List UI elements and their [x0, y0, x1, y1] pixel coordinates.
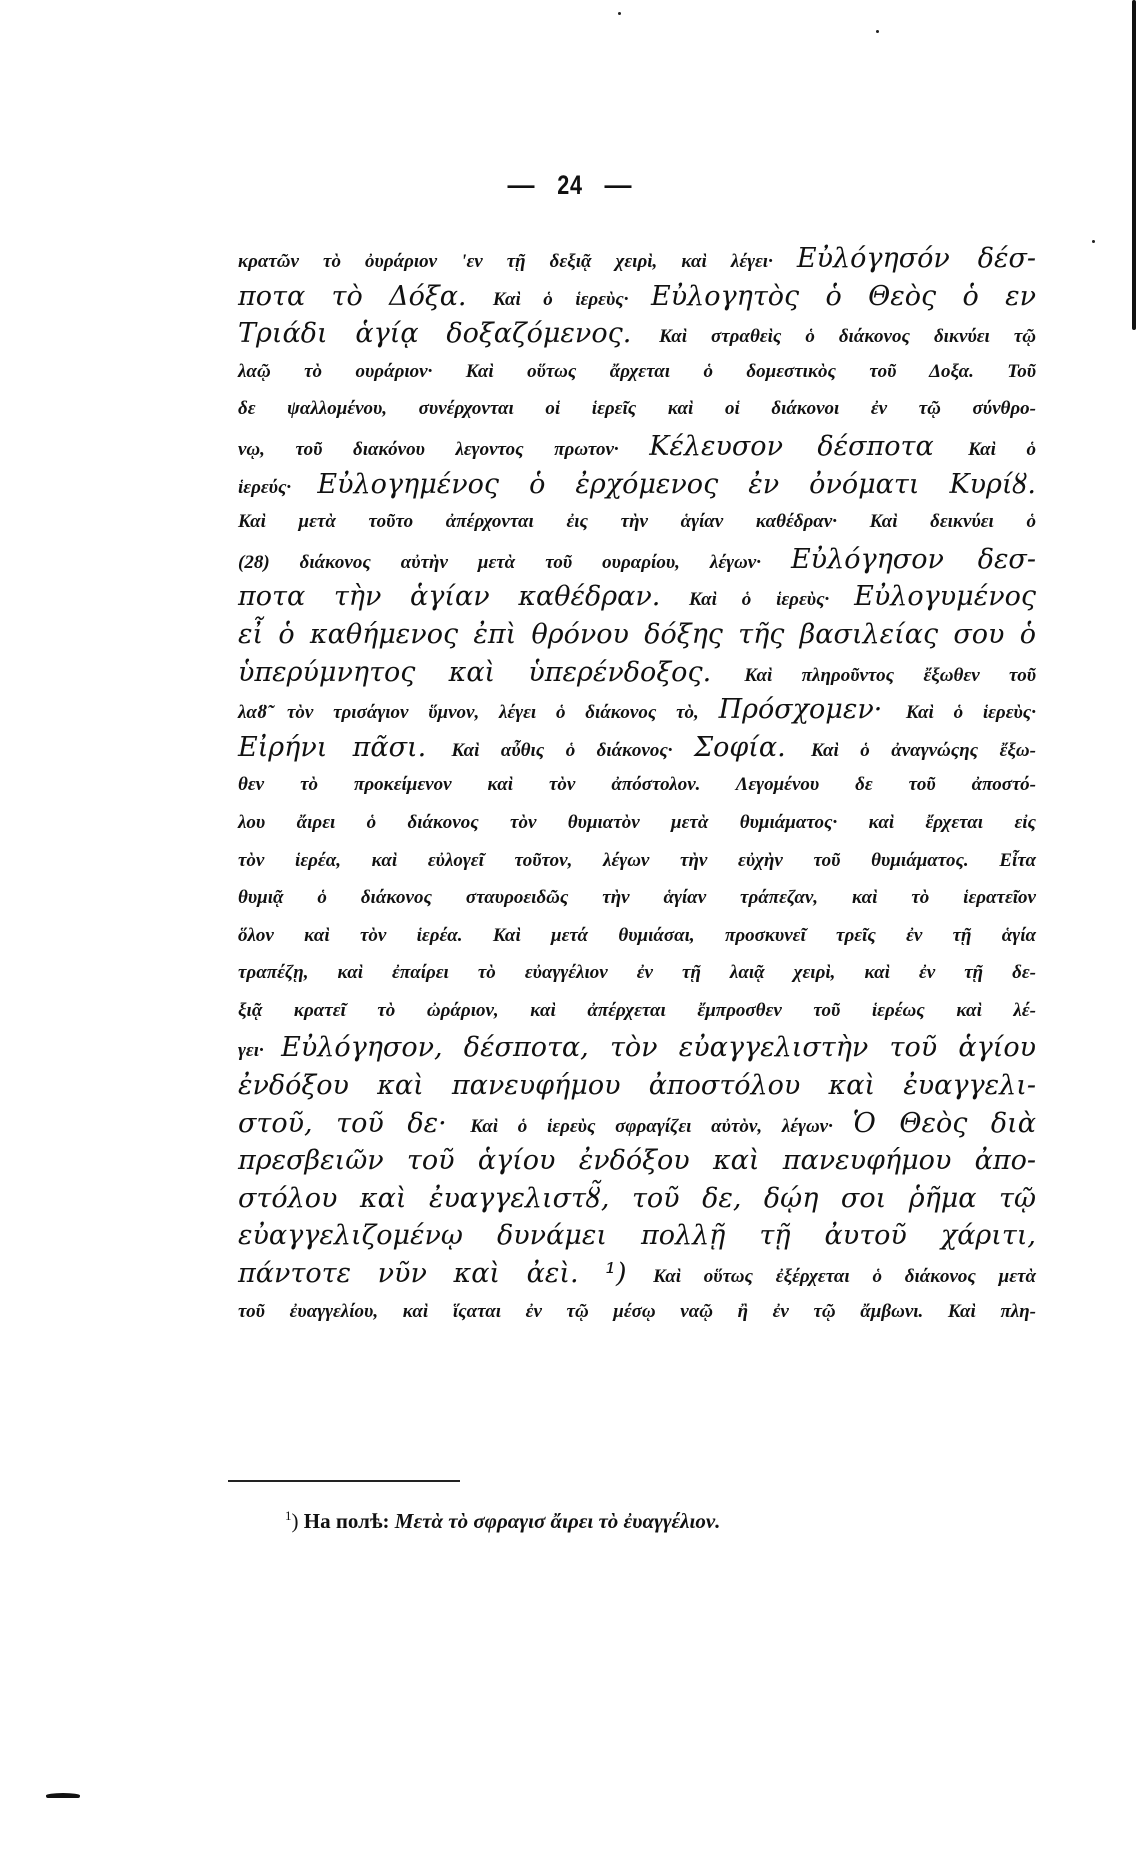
- text-line: στοῦ, τοῦ δε· Καὶ ὁ ἱερεὺς σφραγίζει αὐτ…: [238, 1105, 1036, 1143]
- liturgical-text: Σοφία.: [694, 732, 811, 763]
- text-line: ξιᾷ κρατεῖ τὸ ὠράριον, καὶ ἀπέρχεται ἔμπ…: [238, 992, 1036, 1030]
- rubric-text: Καὶ ὁ ἱερεὺς·: [906, 702, 1036, 723]
- text-line: ποτα τὴν ἁγίαν καθέδραν. Καὶ ὁ ἱερεὺς· Ε…: [238, 578, 1036, 616]
- rubric-text: κρατῶν τὸ ὀυράριον 'εν τῇ δεξιᾷ χειρὶ, κ…: [238, 251, 797, 272]
- liturgical-text: ποτα τὴν ἁγίαν καθέδραν.: [238, 581, 689, 612]
- liturgical-text: Εὐλογημένος ὁ ἐρχόμενος ἐν ὀνόματι Κυρίȣ…: [317, 469, 1036, 500]
- scan-speck: [618, 12, 621, 15]
- page-number-value: 24: [549, 170, 591, 201]
- rubric-text: λαῷ τὸ ουράριον· Καὶ οὕτως ἄρχεται ὁ δομ…: [238, 361, 1036, 382]
- text-line: κρατῶν τὸ ὀυράριον 'εν τῇ δεξιᾷ χειρὶ, κ…: [238, 240, 1036, 278]
- rubric-text: Καὶ ὁ ἱερεὺς σφραγίζει αὐτὸν, λέγων·: [470, 1116, 852, 1137]
- rubric-text: Καὶ οὕτως ἐξέρχεται ὁ διάκονος μετὰ: [653, 1266, 1036, 1287]
- rubric-text: τὸν ἱερέα, καὶ εὐλογεῖ τοῦτον, λέγων τὴν…: [238, 850, 1036, 871]
- page-number-dash-right: —: [605, 170, 633, 200]
- rubric-text: λου ἄιρει ὁ διάκονος τὸν θυμιατὸν μετὰ θ…: [238, 812, 1036, 833]
- footnote-paren: ): [292, 1509, 299, 1533]
- text-line: τραπέζῃ, καὶ ἐπαίρει τὸ εὐαγγέλιον ἐν τῇ…: [238, 954, 1036, 992]
- footnote-text: Μετὰ τὸ σφραγισ ἄιρει τὸ ἐυαγγέλιον.: [395, 1509, 721, 1533]
- page-number-dash-left: —: [507, 170, 535, 200]
- page-number: — 24 —: [0, 170, 1140, 201]
- scan-speck: [876, 30, 879, 33]
- text-line: ποτα τὸ Δόξα. Καὶ ὁ ἱερεὺς· Εὐλογητὸς ὁ …: [238, 278, 1036, 316]
- rubric-text: Καὶ αὖθις ὁ διάκονος·: [452, 740, 695, 761]
- liturgical-text: Ὁ Θεὸς διὰ: [853, 1108, 1036, 1139]
- text-line: ὅλον καὶ τὸν ἱερέα. Καὶ μετά θυμιάσαι, π…: [238, 917, 1036, 955]
- rubric-text: Καὶ ὁ ἱερεὺς·: [689, 589, 854, 610]
- text-line: τὸν ἱερέα, καὶ εὐλογεῖ τοῦτον, λέγων τὴν…: [238, 842, 1036, 880]
- text-line: νῳ, τοῦ διακόνου λεγοντος πρωτον· Κέλευσ…: [238, 428, 1036, 466]
- rubric-text: λαȣ̃ τὸν τρισάγιον ὕμνον, λέγει ὁ διάκον…: [238, 702, 719, 723]
- liturgical-text: ἐνδόξου καὶ πανευφήμου ἀποστόλου καὶ ἐυα…: [238, 1070, 1036, 1101]
- text-line: στόλου καὶ ἐυαγγελιστȣ̃, τοῦ δε, δῴη σοι…: [238, 1180, 1036, 1218]
- text-line: εἶ ὁ καθήμενος ἐπὶ θρόνου δόξης τῆς βασι…: [238, 616, 1036, 654]
- rubric-text: ἱερεύς·: [238, 477, 317, 498]
- text-line: πάντοτε νῦν καὶ ἀεὶ. ¹) Καὶ οὕτως ἐξέρχε…: [238, 1255, 1036, 1293]
- liturgical-text: ποτα τὸ Δόξα.: [238, 281, 493, 312]
- liturgical-text: Εἰρήνι πᾶσι.: [238, 732, 452, 763]
- footnote-label: На полѣ:: [304, 1509, 390, 1533]
- text-line: ἱερεύς· Εὐλογημένος ὁ ἐρχόμενος ἐν ὀνόμα…: [238, 466, 1036, 504]
- page-edge-border: [1132, 0, 1136, 330]
- liturgical-text: εὐαγγελιζομένῳ δυνάμει πολλῇ τῇ ἀυτοῦ χά…: [238, 1220, 1036, 1251]
- text-line: Καὶ μετὰ τοῦτο ἀπέρχονται ἐις τὴν ἁγίαν …: [238, 503, 1036, 541]
- rubric-text: Καὶ ὁ: [968, 439, 1036, 460]
- body-text: κρατῶν τὸ ὀυράριον 'εν τῇ δεξιᾷ χειρὶ, κ…: [238, 240, 1036, 1330]
- text-line: λαȣ̃ τὸν τρισάγιον ὕμνον, λέγει ὁ διάκον…: [238, 691, 1036, 729]
- rubric-text: (28) διάκονος αὐτὴν μετὰ τοῦ ουραρίου, λ…: [238, 552, 791, 573]
- rubric-text: Καὶ ὁ ἀναγνώςης ἔξω-: [811, 740, 1036, 761]
- rubric-text: ὅλον καὶ τὸν ἱερέα. Καὶ μετά θυμιάσαι, π…: [238, 925, 1036, 946]
- text-line: Εἰρήνι πᾶσι. Καὶ αὖθις ὁ διάκονος· Σοφία…: [238, 729, 1036, 767]
- rubric-text: Καὶ πληροῦντος ἔξωθεν τοῦ: [744, 665, 1036, 686]
- liturgical-text: Εὐλόγησόν δέσ-: [797, 243, 1036, 274]
- rubric-text: Καὶ στραθεὶς ὁ διάκονος δικνύει τῷ: [659, 326, 1036, 347]
- text-line: εὐαγγελιζομένῳ δυνάμει πολλῇ τῇ ἀυτοῦ χά…: [238, 1217, 1036, 1255]
- scan-mark: [46, 1793, 80, 1798]
- text-line: θεν τὸ προκείμενον καὶ τὸν ἀπόστολον. Λε…: [238, 766, 1036, 804]
- rubric-text: θεν τὸ προκείμενον καὶ τὸν ἀπόστολον. Λε…: [238, 774, 1036, 795]
- liturgical-text: Κέλευσον δέσποτα: [649, 431, 968, 462]
- rubric-text: Καὶ μετὰ τοῦτο ἀπέρχονται ἐις τὴν ἁγίαν …: [238, 511, 1036, 532]
- liturgical-text: στοῦ, τοῦ δε·: [238, 1108, 470, 1139]
- scan-speck: [1092, 240, 1095, 243]
- rubric-text: τοῦ ἐυαγγελίου, καὶ ἵςαται ἐν τῷ μέσῳ να…: [238, 1301, 1036, 1322]
- text-line: ἐνδόξου καὶ πανευφήμου ἀποστόλου καὶ ἐυα…: [238, 1067, 1036, 1105]
- liturgical-text: στόλου καὶ ἐυαγγελιστȣ̃, τοῦ δε, δῴη σοι…: [238, 1183, 1036, 1214]
- text-line: πρεσβειῶν τοῦ ἁγίου ἐνδόξου καὶ πανευφήμ…: [238, 1142, 1036, 1180]
- footnote: 1) На полѣ: Μετὰ τὸ σφραγισ ἄιρει τὸ ἐυα…: [285, 1508, 720, 1534]
- liturgical-text: Εὐλόγησον δεσ-: [791, 544, 1036, 575]
- text-line: Τριάδι ἁγίᾳ δοξαζόμενος. Καὶ στραθεὶς ὁ …: [238, 315, 1036, 353]
- liturgical-text: πρεσβειῶν τοῦ ἁγίου ἐνδόξου καὶ πανευφήμ…: [238, 1145, 1036, 1176]
- scanned-book-page: — 24 — κρατῶν τὸ ὀυράριον 'εν τῇ δεξιᾷ χ…: [0, 0, 1140, 1862]
- footnote-rule: [228, 1480, 460, 1482]
- liturgical-text: Τριάδι ἁγίᾳ δοξαζόμενος.: [238, 318, 659, 349]
- text-line: δε ψαλλομένου, συνέρχονται οἱ ἱερεῖς καὶ…: [238, 390, 1036, 428]
- liturgical-text: εἶ ὁ καθήμενος ἐπὶ θρόνου δόξης τῆς βασι…: [238, 619, 1036, 650]
- text-line: θυμιᾷ ὁ διάκονος σταυροειδῶς τὴν ἁγίαν τ…: [238, 879, 1036, 917]
- rubric-text: ξιᾷ κρατεῖ τὸ ὠράριον, καὶ ἀπέρχεται ἔμπ…: [238, 1000, 1036, 1021]
- rubric-text: τραπέζῃ, καὶ ἐπαίρει τὸ εὐαγγέλιον ἐν τῇ…: [238, 962, 1036, 983]
- rubric-text: Καὶ ὁ ἱερεὺς·: [493, 289, 651, 310]
- liturgical-text: ὑπερύμνητος καὶ ὑπερένδοξος.: [238, 657, 744, 688]
- liturgical-text: Εὐλόγησον, δέσποτα, τὸν εὐαγγελιστὴν τοῦ…: [281, 1032, 1036, 1063]
- rubric-text: νῳ, τοῦ διακόνου λεγοντος πρωτον·: [238, 439, 649, 460]
- text-line: (28) διάκονος αὐτὴν μετὰ τοῦ ουραρίου, λ…: [238, 541, 1036, 579]
- rubric-text: θυμιᾷ ὁ διάκονος σταυροειδῶς τὴν ἁγίαν τ…: [238, 887, 1036, 908]
- rubric-text: δε ψαλλομένου, συνέρχονται οἱ ἱερεῖς καὶ…: [238, 398, 1036, 419]
- liturgical-text: Πρόσχομεν·: [719, 694, 906, 725]
- liturgical-text: Εὐλογυμένος: [854, 581, 1036, 612]
- liturgical-text: Εὐλογητὸς ὁ Θεὸς ὁ εν: [651, 281, 1036, 312]
- text-line: γει· Εὐλόγησον, δέσποτα, τὸν εὐαγγελιστὴ…: [238, 1029, 1036, 1067]
- rubric-text: γει·: [238, 1040, 281, 1061]
- text-line: ὑπερύμνητος καὶ ὑπερένδοξος. Καὶ πληροῦν…: [238, 654, 1036, 692]
- text-line: λου ἄιρει ὁ διάκονος τὸν θυμιατὸν μετὰ θ…: [238, 804, 1036, 842]
- liturgical-text: πάντοτε νῦν καὶ ἀεὶ. ¹): [238, 1258, 653, 1289]
- text-line: λαῷ τὸ ουράριον· Καὶ οὕτως ἄρχεται ὁ δομ…: [238, 353, 1036, 391]
- text-line: τοῦ ἐυαγγελίου, καὶ ἵςαται ἐν τῷ μέσῳ να…: [238, 1293, 1036, 1331]
